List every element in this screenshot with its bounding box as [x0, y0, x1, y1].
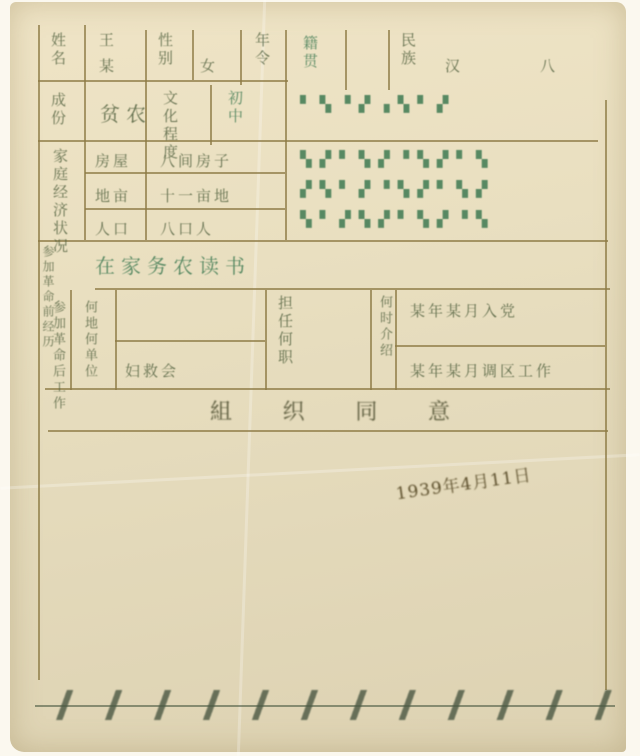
class-status-value: 贫农 — [100, 98, 152, 127]
name-value: 王 某 — [96, 32, 117, 76]
post-revolution-label: 参加革命后工作 — [48, 300, 67, 412]
notes-text: ▘▚▝▞▗▚▘▞ — [300, 95, 456, 113]
grid-line — [38, 140, 598, 142]
house-value: 八间房子 — [160, 150, 232, 171]
land-label: 地亩 — [95, 185, 131, 206]
approval-char: 組 — [210, 395, 232, 426]
population-value: 八口人 — [160, 218, 214, 239]
gender-value: 女 — [200, 55, 218, 76]
row1-extra-value: 八 — [540, 55, 558, 76]
grid-line — [145, 30, 147, 240]
grid-line — [85, 172, 285, 174]
grid-line — [605, 100, 607, 690]
class-status-label: 成份 — [48, 92, 69, 128]
grid-line — [38, 25, 40, 680]
approval-char: 织 — [283, 395, 305, 426]
notes-text: ▚▞▘▚▞▝▚▞▘▚ — [300, 150, 495, 168]
grid-line — [395, 345, 605, 347]
grid-line — [85, 208, 285, 210]
grid-line — [115, 340, 265, 342]
age-label: 年令 — [252, 32, 273, 68]
land-value: 十一亩地 — [160, 185, 232, 206]
work-entry: 某年某月调区工作 — [410, 360, 554, 381]
grid-line — [370, 290, 372, 390]
work-entry: 某年某月入党 — [410, 300, 518, 321]
grid-line — [48, 430, 608, 432]
grid-line — [285, 30, 287, 240]
grid-line — [210, 85, 212, 145]
grid-line — [70, 290, 72, 390]
grid-line — [84, 25, 86, 240]
ethnicity-label: 民族 — [398, 32, 419, 68]
grid-line — [38, 80, 288, 82]
grid-line — [265, 290, 267, 390]
approval-char: 同 — [355, 395, 377, 426]
approval-text: 組 织 同 意 — [210, 395, 450, 426]
work-unit-label: 何地何单位 — [80, 300, 99, 380]
grid-line — [240, 30, 242, 85]
native-place-label: 籍贯 — [300, 35, 321, 71]
pre-revolution-value: 在家务农读书 — [95, 250, 251, 279]
grid-line — [115, 290, 117, 390]
grid-line — [388, 30, 390, 90]
grid-line — [95, 288, 610, 290]
education-value: 初中 — [225, 90, 246, 126]
notes-text: ▞▚▘▞▝▚▞▘▚▞ — [300, 180, 495, 198]
footer-strikethrough-line — [35, 705, 615, 707]
grid-line — [192, 30, 194, 80]
ethnicity-value: 汉 — [445, 55, 463, 76]
population-label: 人口 — [95, 218, 131, 239]
approval-char: 意 — [428, 395, 450, 426]
notes-text: ▚▘▞▚▞▘▚▞▝▚ — [300, 210, 495, 228]
family-economy-label: 家庭经济状况 — [50, 148, 71, 256]
grid-line — [395, 290, 397, 390]
work-unit-value: 妇救会 — [125, 360, 179, 381]
name-label: 姓名 — [48, 32, 69, 68]
house-label: 房屋 — [95, 150, 131, 171]
position-label: 担任何职 — [275, 295, 296, 367]
gender-label: 性别 — [155, 32, 176, 68]
introduction-label: 何时介绍 — [375, 295, 394, 359]
grid-line — [38, 240, 608, 242]
grid-line — [45, 388, 610, 390]
grid-line — [345, 30, 347, 90]
